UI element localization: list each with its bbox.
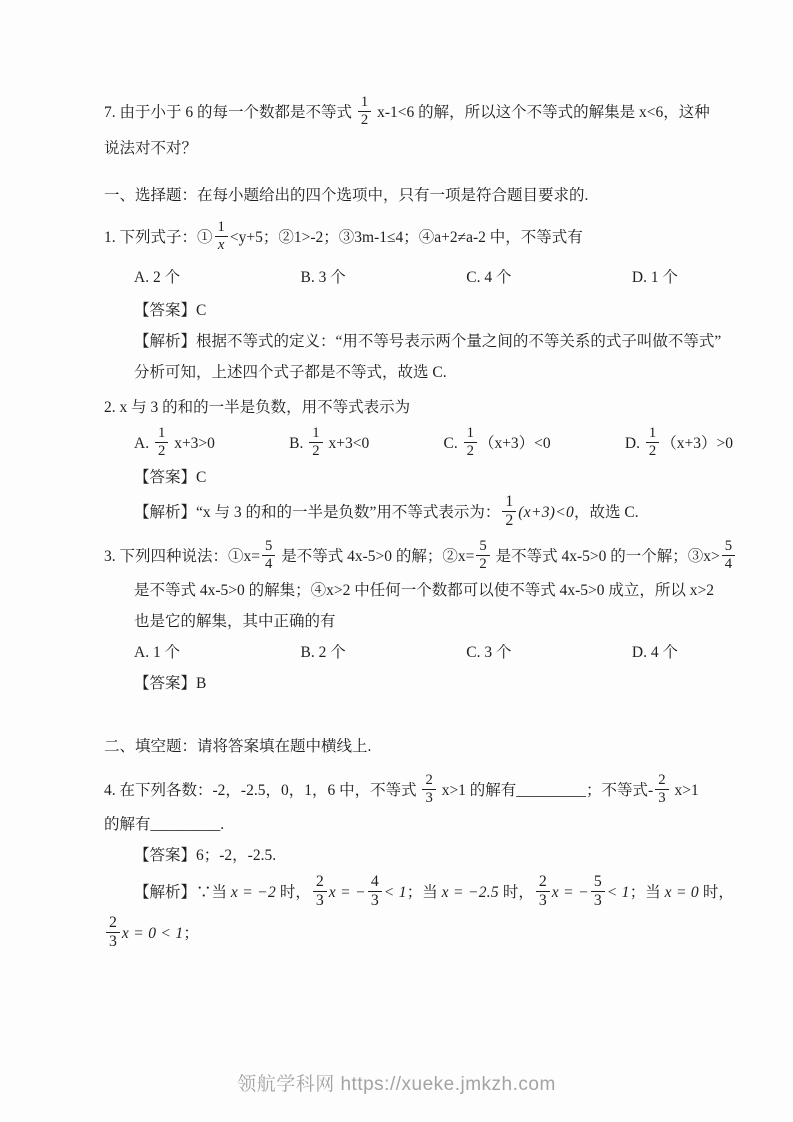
- text-segment: < 1: [384, 884, 407, 901]
- text-segment: 4. 在下列各数：-2，-2.5，0，1，6 中，不等式: [104, 782, 420, 799]
- text-segment: x = 0 < 1: [122, 925, 184, 942]
- fraction-numerator: 1: [309, 425, 322, 443]
- fraction-numerator: 2: [313, 873, 327, 892]
- fraction: 23: [655, 772, 668, 807]
- fraction-denominator: 2: [309, 443, 322, 460]
- text-segment: D.: [625, 435, 644, 452]
- fraction-denominator: 3: [591, 892, 605, 910]
- q1-option-d: D. 1 个: [632, 266, 678, 289]
- text-segment: x = −2.5: [442, 884, 499, 901]
- text-segment: (x+3)<0: [518, 504, 574, 521]
- text-segment: 7. 由于小于 6 的每一个数都是不等式: [104, 104, 356, 121]
- fraction-numerator: 4: [368, 873, 382, 892]
- text-segment: A.: [134, 435, 153, 452]
- text-segment: 【解析】“x 与 3 的和的一半是负数”用不等式表示为：: [134, 504, 500, 521]
- fraction-denominator: 2: [476, 556, 489, 573]
- fraction-denominator: 3: [655, 790, 668, 807]
- text-segment: 分析可知，上述四个式子都是不等式，故选 C.: [134, 364, 447, 381]
- fraction: 23: [313, 873, 327, 910]
- text-segment: ；当: [630, 884, 665, 901]
- fraction-numerator: 2: [536, 873, 550, 892]
- q1-option-b: B. 3 个: [301, 266, 346, 289]
- text-segment: ，故选 C.: [574, 504, 639, 521]
- text-segment: C.: [443, 435, 461, 452]
- question-7-line-2: 说法对不对？: [104, 137, 733, 160]
- q2-option-d: D. 12（x+3）>0: [625, 427, 733, 462]
- question-2-analysis: 【解析】“x 与 3 的和的一半是负数”用不等式表示为：12(x+3)<0，故选…: [104, 495, 733, 532]
- fraction-numerator: 5: [476, 538, 489, 556]
- text-segment: 时，: [699, 884, 734, 901]
- question-3-options: A. 1 个 B. 2 个 C. 3 个 D. 4 个: [104, 641, 733, 664]
- fraction-numerator: 2: [422, 772, 435, 790]
- text-segment: 3. 下列四种说法：①x=: [104, 548, 260, 565]
- section-2-heading: 二、填空题：请将答案填在题中横线上.: [104, 735, 733, 758]
- question-3-answer: 【答案】B: [104, 672, 733, 695]
- fraction-numerator: 2: [106, 914, 120, 933]
- text-segment: 是不等式 4x-5>0 的一个解；③x>: [492, 548, 720, 565]
- text-segment: x = −: [552, 884, 589, 901]
- text-segment: （x+3）<0: [479, 435, 551, 452]
- q3-option-d: D. 4 个: [632, 641, 678, 664]
- text-segment: 时，: [499, 884, 534, 901]
- fraction-denominator: x: [215, 237, 228, 254]
- text-segment: 【解析】根据不等式的定义：“用不等号表示两个量之间的不等关系的式子叫做不等式”: [134, 333, 721, 350]
- fraction: 12: [309, 425, 322, 460]
- text-segment: 【答案】C: [134, 469, 206, 486]
- q3-option-a: A. 1 个: [134, 641, 180, 664]
- text-segment: 【答案】C: [134, 302, 206, 319]
- text-segment: D. 4 个: [632, 644, 678, 661]
- fraction-denominator: 4: [262, 556, 275, 573]
- text-segment: 是不等式 4x-5>0 的解；②x=: [277, 548, 474, 565]
- fraction: 12: [502, 493, 516, 530]
- fraction-numerator: 2: [655, 772, 668, 790]
- q1-option-a: A. 2 个: [134, 266, 180, 289]
- text-segment: C. 3 个: [466, 644, 511, 661]
- fraction-numerator: 5: [262, 538, 275, 556]
- q2-option-a: A. 12 x+3>0: [134, 427, 215, 462]
- question-7-line-1: 7. 由于小于 6 的每一个数都是不等式 12 x-1<6 的解，所以这个不等式…: [104, 96, 733, 131]
- text-segment: 的解有_________.: [104, 816, 224, 833]
- fraction: 23: [536, 873, 550, 910]
- question-1-answer: 【答案】C: [104, 299, 733, 322]
- question-4-answer: 【答案】6；-2，-2.5.: [104, 844, 733, 867]
- question-2-stem: 2. x 与 3 的和的一半是负数，用不等式表示为: [104, 396, 733, 419]
- section-1-heading: 一、选择题：在每小题给出的四个选项中，只有一项是符合题目要求的.: [104, 184, 733, 207]
- worksheet-page: 7. 由于小于 6 的每一个数都是不等式 12 x-1<6 的解，所以这个不等式…: [0, 0, 793, 1122]
- site-watermark: 领航学科网 https://xueke.jmkzh.com: [0, 1069, 793, 1096]
- text-segment: x = 0: [665, 884, 699, 901]
- q2-option-c: C. 12（x+3）<0: [443, 427, 550, 462]
- question-3-line-1: 3. 下列四种说法：①x=54 是不等式 4x-5>0 的解；②x=52 是不等…: [104, 540, 733, 575]
- fraction-denominator: 3: [422, 790, 435, 807]
- text-segment: x = −: [329, 884, 366, 901]
- text-segment: < 1: [607, 884, 630, 901]
- fraction-numerator: 5: [591, 873, 605, 892]
- fraction-numerator: 5: [722, 538, 735, 556]
- fraction-denominator: 2: [502, 512, 516, 530]
- question-1-analysis-1: 【解析】根据不等式的定义：“用不等号表示两个量之间的不等关系的式子叫做不等式”: [104, 330, 733, 353]
- q1-option-c: C. 4 个: [466, 266, 511, 289]
- text-segment: x>1: [671, 782, 699, 799]
- text-segment: C. 4 个: [466, 269, 511, 286]
- text-segment: D. 1 个: [632, 269, 678, 286]
- text-segment: 也是它的解集，其中正确的有: [134, 613, 336, 630]
- text-segment: 时，: [276, 884, 311, 901]
- fraction: 43: [368, 873, 382, 910]
- question-2-options: A. 12 x+3>0 B. 12 x+3<0 C. 12（x+3）<0 D. …: [104, 427, 733, 462]
- question-2-answer: 【答案】C: [104, 466, 733, 489]
- question-1-stem: 1. 下列式子：①1x<y+5；②1>-2；③3m-1≤4；④a+2≠a-2 中…: [104, 221, 733, 256]
- fraction: 12: [358, 94, 371, 129]
- text-segment: x = −2: [231, 884, 276, 901]
- question-4-line-2: 的解有_________.: [104, 813, 733, 836]
- fraction: 52: [476, 538, 489, 573]
- fraction: 53: [591, 873, 605, 910]
- q2-option-b: B. 12 x+3<0: [289, 427, 369, 462]
- fraction-denominator: 2: [358, 112, 371, 129]
- fraction-numerator: 1: [155, 425, 168, 443]
- text-segment: 2. x 与 3 的和的一半是负数，用不等式表示为: [104, 399, 410, 416]
- fraction-denominator: 4: [722, 556, 735, 573]
- fraction-numerator: 1: [215, 219, 228, 237]
- q3-option-c: C. 3 个: [466, 641, 511, 664]
- fraction: 12: [155, 425, 168, 460]
- text-segment: x+3>0: [170, 435, 215, 452]
- fraction-numerator: 1: [358, 94, 371, 112]
- fraction-denominator: 2: [646, 443, 659, 460]
- text-segment: ；当: [407, 884, 442, 901]
- text-segment: B.: [289, 435, 307, 452]
- text-segment: x-1<6 的解，所以这个不等式的解集是 x<6，这种: [373, 104, 710, 121]
- fraction: 23: [106, 914, 120, 951]
- text-segment: ；: [183, 925, 199, 942]
- text-segment: B. 3 个: [301, 269, 346, 286]
- fraction-denominator: 3: [368, 892, 382, 910]
- fraction-denominator: 3: [536, 892, 550, 910]
- text-segment: x+3<0: [325, 435, 370, 452]
- question-1-options: A. 2 个 B. 3 个 C. 4 个 D. 1 个: [104, 266, 733, 289]
- text-segment: 1. 下列式子：①: [104, 229, 213, 246]
- fraction: 1x: [215, 219, 228, 254]
- fraction: 12: [646, 425, 659, 460]
- question-3-line-3: 也是它的解集，其中正确的有: [104, 610, 733, 633]
- fraction-numerator: 1: [646, 425, 659, 443]
- fraction: 54: [722, 538, 735, 573]
- fraction-numerator: 1: [464, 425, 477, 443]
- fraction: 54: [262, 538, 275, 573]
- text-segment: x>1 的解有_________；不等式-: [438, 782, 653, 799]
- text-segment: A. 2 个: [134, 269, 180, 286]
- text-segment: 【答案】B: [134, 675, 206, 692]
- fraction-denominator: 3: [313, 892, 327, 910]
- text-segment: 【解析】∵当: [134, 884, 231, 901]
- text-segment: 【答案】6；-2，-2.5.: [134, 847, 276, 864]
- fraction-numerator: 1: [502, 493, 516, 512]
- text-segment: （x+3）>0: [661, 435, 733, 452]
- text-segment: 是不等式 4x-5>0 的解集；④x>2 中任何一个数都可以使不等式 4x-5>…: [134, 582, 714, 599]
- fraction-denominator: 2: [464, 443, 477, 460]
- question-4-line-1: 4. 在下列各数：-2，-2.5，0，1，6 中，不等式 23 x>1 的解有_…: [104, 774, 733, 809]
- text-segment: <y+5；②1>-2；③3m-1≤4；④a+2≠a-2 中，不等式有: [230, 229, 583, 246]
- text-segment: 说法对不对？: [104, 140, 197, 157]
- fraction: 12: [464, 425, 477, 460]
- fraction-denominator: 2: [155, 443, 168, 460]
- q3-option-b: B. 2 个: [301, 641, 346, 664]
- text-segment: B. 2 个: [301, 644, 346, 661]
- question-4-analysis-2: 23x = 0 < 1；: [104, 916, 733, 953]
- fraction: 23: [422, 772, 435, 807]
- fraction-denominator: 3: [106, 933, 120, 951]
- question-4-analysis-1: 【解析】∵当 x = −2 时，23x = −43< 1；当 x = −2.5 …: [104, 875, 733, 912]
- question-3-line-2: 是不等式 4x-5>0 的解集；④x>2 中任何一个数都可以使不等式 4x-5>…: [104, 579, 733, 602]
- question-1-analysis-2: 分析可知，上述四个式子都是不等式，故选 C.: [104, 361, 733, 384]
- text-segment: A. 1 个: [134, 644, 180, 661]
